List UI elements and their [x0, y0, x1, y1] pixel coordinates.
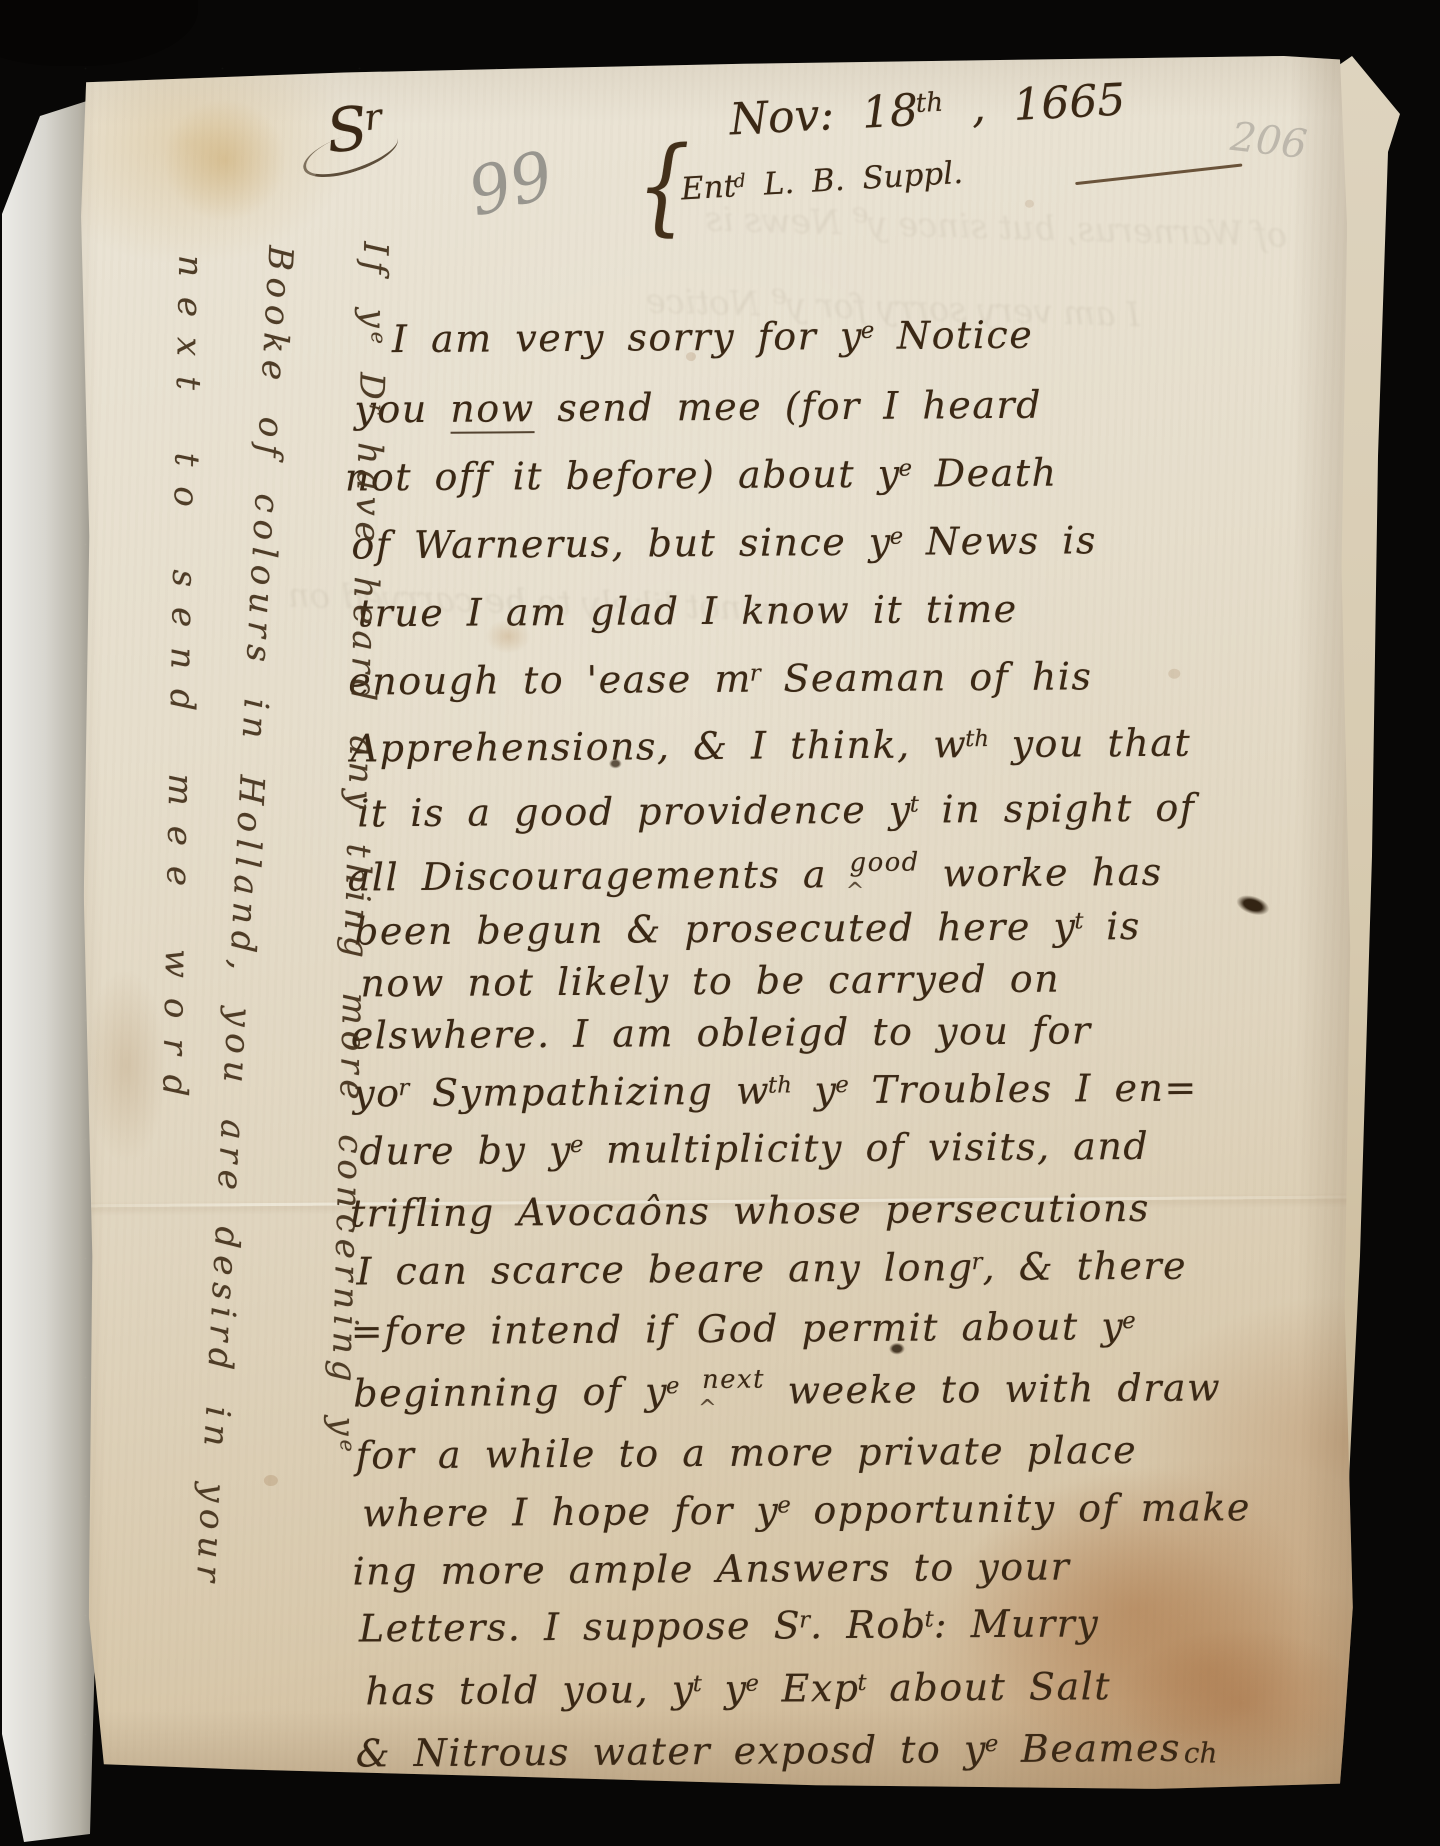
manuscript-line: has told you, yt ye Expt about Salt	[365, 1667, 1111, 1710]
manuscript-line: beginning of ye next weeke to with draw	[353, 1364, 1221, 1412]
manuscript-line: it is a good providence yt in spight of	[357, 789, 1195, 833]
folio-number-pencil: 99	[461, 136, 561, 231]
manuscript-line: elswhere. I am obleigd to you for	[351, 1011, 1092, 1054]
margin-note-line: next to send mee word	[154, 255, 211, 1117]
manuscript-line: of Warnerus, but since ye News is	[351, 521, 1097, 564]
manuscript-line: for a while to a more private place	[356, 1431, 1138, 1474]
manuscript-line: you now send mee (for I heard	[354, 386, 1042, 429]
letter-sheet: Nov: 18th , 1665 Sr 99 206 { Entd L. B. …	[44, 47, 1368, 1798]
page-number-pencil: 206	[1228, 114, 1309, 168]
margin-note: If ye Dr have heard any thing more conce…	[44, 47, 1356, 56]
mounting-clamp	[0, 0, 198, 66]
manuscript-line: ing more ample Answers to your	[352, 1547, 1070, 1590]
manuscript-line: yor Sympathizing wth ye Troubles I en=	[353, 1069, 1198, 1113]
manuscript-line: Letters. I suppose Sr. Robt: Murry	[359, 1604, 1100, 1647]
manuscript-line: I can scarce beare any longr, & there	[356, 1247, 1187, 1291]
manuscript-line: =fore intend if God permit about ye	[351, 1307, 1136, 1350]
manuscript-line: & Nitrous water exposd to ye Beames	[356, 1729, 1182, 1773]
salutation: Sr	[323, 92, 387, 168]
manuscript-line: where I hope for ye opportunity of make	[362, 1488, 1251, 1532]
manuscript-line: trifling Avocaôns whose persecutions	[350, 1189, 1150, 1233]
catchword: ch	[1184, 1736, 1218, 1769]
bleedthrough-text: of Warnerus, but since ye News is	[705, 192, 1288, 256]
manuscript-line: not off it before) about ye Death	[345, 454, 1058, 497]
manuscript-line: enough to 'ease mr Seaman of his	[348, 657, 1092, 700]
manuscript-line: been begun & prosecuted here yt is	[354, 907, 1141, 950]
manuscript-line: dure by ye multiplicity of visits, and	[359, 1127, 1149, 1171]
manuscript-photo: Nov: 18th , 1665 Sr 99 206 { Entd L. B. …	[0, 0, 1440, 1846]
date-line: Nov: 18th , 1665	[728, 74, 1126, 145]
bleedthrough-layer: of Warnerus, but since ye News isI am ve…	[44, 47, 1356, 56]
date-underline	[1075, 163, 1242, 185]
manuscript-line: Apprehensions, & I think, wth you that	[351, 724, 1192, 768]
manuscript-line: now not likely to be carryed on	[360, 960, 1060, 1003]
letter-body: I am very sorry for ye Noticeyou now sen…	[44, 47, 1356, 56]
ink-layer: Nov: 18th , 1665 Sr 99 206 { Entd L. B. …	[44, 47, 1368, 1798]
manuscript-line: all Discouragements a good worke has	[348, 849, 1163, 897]
